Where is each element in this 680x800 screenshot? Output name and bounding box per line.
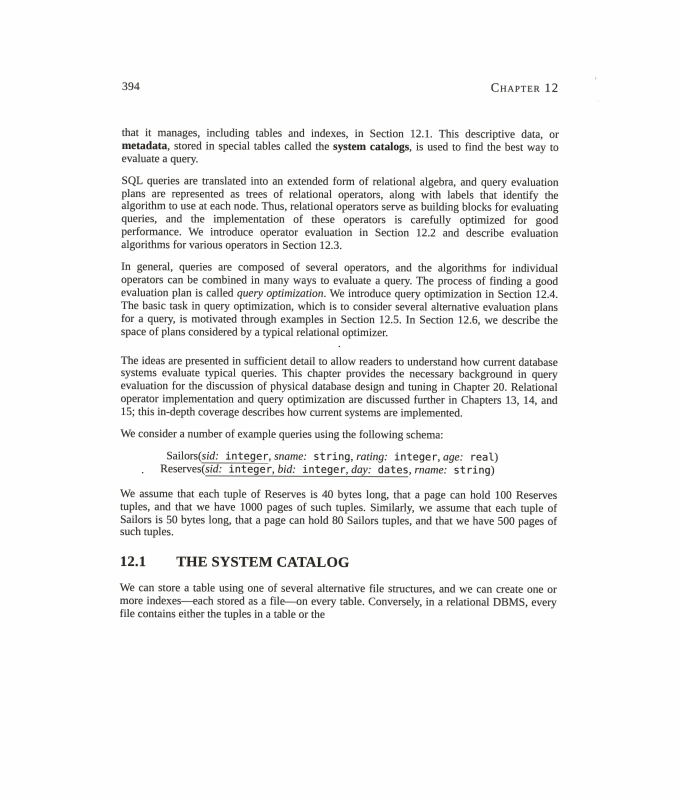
p1-bold-metadata: metadata [122, 140, 168, 152]
section-title: THE SYSTEM CATALOG [176, 555, 349, 572]
reserves-close-paren: ) [491, 464, 495, 476]
reserves-relation-name: Reserves( [160, 463, 205, 475]
sailors-key-underline: sid: integer [202, 450, 269, 464]
reserves-type-bid: integer [296, 464, 346, 476]
sailors-type-sid: integer [219, 450, 269, 462]
reserves-type-day: dates [372, 464, 409, 476]
schema-block: Sailors(sid: integer, sname: string, rat… [120, 450, 557, 478]
paragraph-metadata: that it manages, including tables and in… [122, 127, 559, 168]
scan-artifact-schema-dot: . [141, 464, 144, 477]
p3-italic-query-optimization: query optimization [237, 287, 323, 299]
reserves-type-rname: string [447, 464, 490, 476]
page-number: 394 [122, 81, 140, 94]
reserves-field-day: day: [351, 464, 371, 476]
page-content: 394 Chapter 12 that it manages, includin… [120, 80, 559, 632]
section-heading: 12.1THE SYSTEM CATALOG [120, 556, 557, 571]
reserves-field-rname: rname: [414, 464, 447, 476]
sailors-field-age: age: [443, 451, 463, 463]
book-page: ʻ · 394 Chapter 12 that it manages, incl… [0, 0, 680, 800]
paragraph-sql-queries: SQL queries are translated into an exten… [121, 175, 558, 254]
scan-artifact-top-right-2: · [597, 97, 600, 106]
page-header: 394 Chapter 12 [122, 80, 559, 96]
sailors-field-sname: sname: [274, 451, 307, 463]
p1-bold-system-catalogs: system catalogs [333, 141, 409, 153]
sailors-type-age: real [463, 451, 494, 463]
reserves-field-bid: bid: [278, 464, 296, 476]
sailors-relation-name: Sailors( [166, 450, 201, 462]
reserves-key-underline: sid: integer, bid: integer, day: dates [205, 463, 409, 477]
paragraph-chapter-overview: The ideas are presented in sufficient de… [121, 354, 558, 420]
paragraph-query-optimization: In general, queries are composed of seve… [121, 261, 558, 340]
p1-run-c: , stored in special tables called the [167, 140, 333, 153]
running-chapter-header: Chapter 12 [491, 82, 559, 95]
reserves-field-sid: sid: [205, 463, 222, 475]
reserves-type-sid: integer [222, 463, 272, 475]
paragraph-file-structures: We can store a table using one of severa… [120, 582, 557, 623]
scan-artifact-center-dot: . [121, 339, 558, 349]
p1-run-a: that it manages, including tables and in… [122, 127, 559, 141]
sailors-field-sid: sid: [202, 450, 219, 462]
sailors-type-sname: string [307, 451, 350, 463]
sailors-type-rating: integer [388, 451, 438, 463]
paragraph-tuple-sizes: We assume that each tuple of Reserves is… [120, 488, 557, 542]
schema-reserves: .Reserves(sid: integer, bid: integer, da… [160, 463, 557, 478]
sailors-close-paren: ) [494, 452, 498, 464]
scan-artifact-top-right: ʻ [594, 76, 597, 87]
paragraph-schema-intro: We consider a number of example queries … [120, 428, 557, 443]
section-number: 12.1 [120, 554, 146, 570]
sailors-field-rating: rating: [356, 451, 388, 463]
